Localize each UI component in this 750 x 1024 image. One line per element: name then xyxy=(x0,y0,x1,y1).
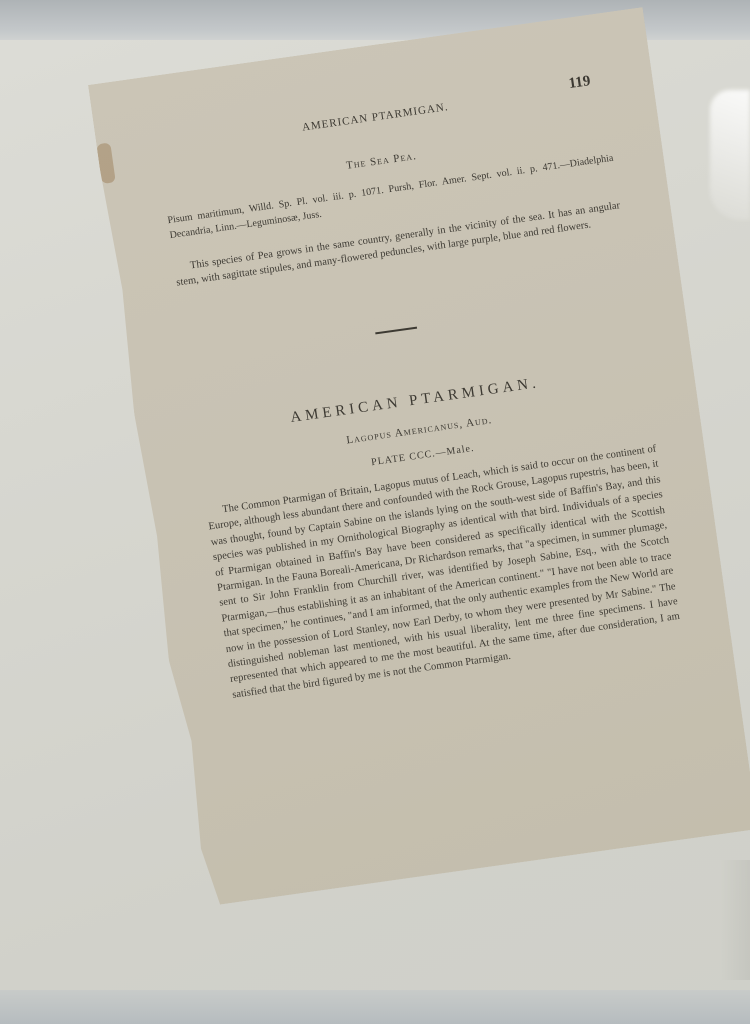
page-number: 119 xyxy=(568,73,592,93)
plastic-sleeve-glare xyxy=(710,90,750,220)
mat-edge-shadow xyxy=(720,860,750,980)
section-divider xyxy=(375,327,417,335)
background-surface xyxy=(0,990,750,1024)
